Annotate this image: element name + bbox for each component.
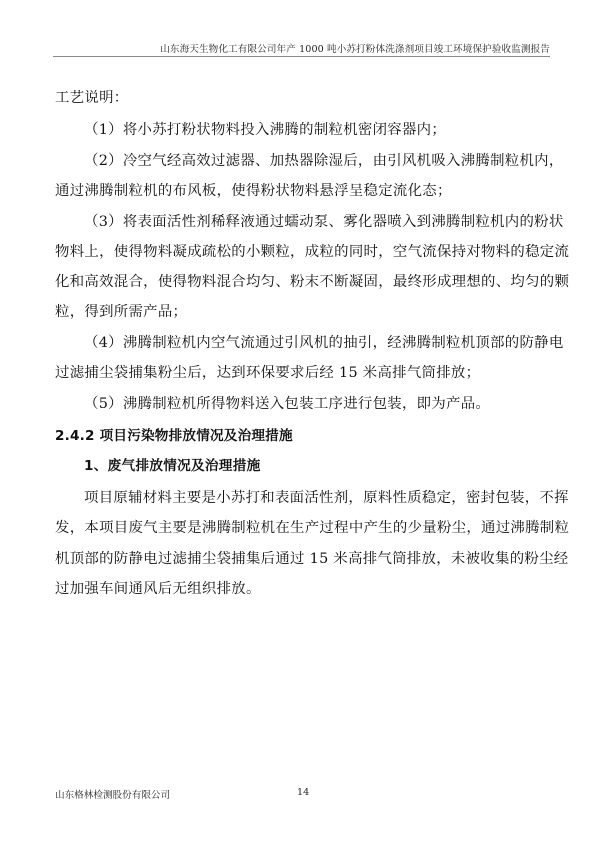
paragraph-line-2: 发，本项目废气主要是沸腾制粒机在生产过程中产生的少量粉尘，通过沸腾制粒 bbox=[55, 519, 569, 537]
section-heading: 2.4.2 项目污染物排放情况及治理措施 bbox=[55, 427, 293, 445]
paragraph-line-3: 机顶部的防静电过滤捕尘袋捕集后通过 15 米高排气筒排放，未被收集的粉尘经 bbox=[55, 550, 568, 568]
step-2-cont: 通过沸腾制粒机的布风板，使得粉状物料悬浮呈稳定流化态； bbox=[55, 182, 452, 200]
page-number: 14 bbox=[297, 787, 309, 798]
header-title: 山东海天生物化工有限公司年产 1000 吨小苏打粉体洗涤剂项目竣工环境保护验收监… bbox=[160, 41, 550, 55]
paragraph-line-4: 过加强车间通风后无组织排放。 bbox=[55, 580, 261, 598]
step-2: （2）冷空气经高效过滤器、加热器除湿后，由引风机吸入沸腾制粒机内， bbox=[84, 152, 564, 170]
step-5: （5）沸腾制粒机所得物料送入包装工序进行包装，即为产品。 bbox=[84, 395, 490, 413]
paragraph-line-1: 项目原辅材料主要是小苏打和表面活性剂，原料性质稳定，密封包装，不挥 bbox=[84, 489, 569, 507]
step-1: （1）将小苏打粉状物料投入沸腾的制粒机密闭容器内； bbox=[84, 121, 446, 139]
step-3-cont-1: 物料上，使得物料凝成疏松的小颗粒，成粒的同时，空气流保持对物料的稳定流 bbox=[55, 243, 569, 261]
page-header: 山东海天生物化工有限公司年产 1000 吨小苏打粉体洗涤剂项目竣工环境保护验收监… bbox=[53, 39, 550, 57]
footer-company: 山东格林检测股份有限公司 bbox=[55, 787, 170, 801]
subsection-heading: 1、废气排放情况及治理措施 bbox=[84, 457, 260, 475]
process-label: 工艺说明： bbox=[55, 89, 128, 107]
step-4-cont: 过滤捕尘袋捕集粉尘后，达到环保要求后经 15 米高排气筒排放； bbox=[55, 364, 480, 382]
step-3: （3）将表面活性剂稀释液通过蠕动泵、雾化器喷入到沸腾制粒机内的粉状 bbox=[84, 213, 564, 231]
step-3-cont-2: 化和高效混合，使得物料混合均匀、粉末不断凝固，最终形成理想的、均匀的颗 bbox=[55, 273, 569, 291]
step-4: （4）沸腾制粒机内空气流通过引风机的抽引，经沸腾制粒机顶部的防静电 bbox=[84, 334, 564, 352]
step-3-cont-3: 粒，得到所需产品； bbox=[55, 303, 187, 321]
